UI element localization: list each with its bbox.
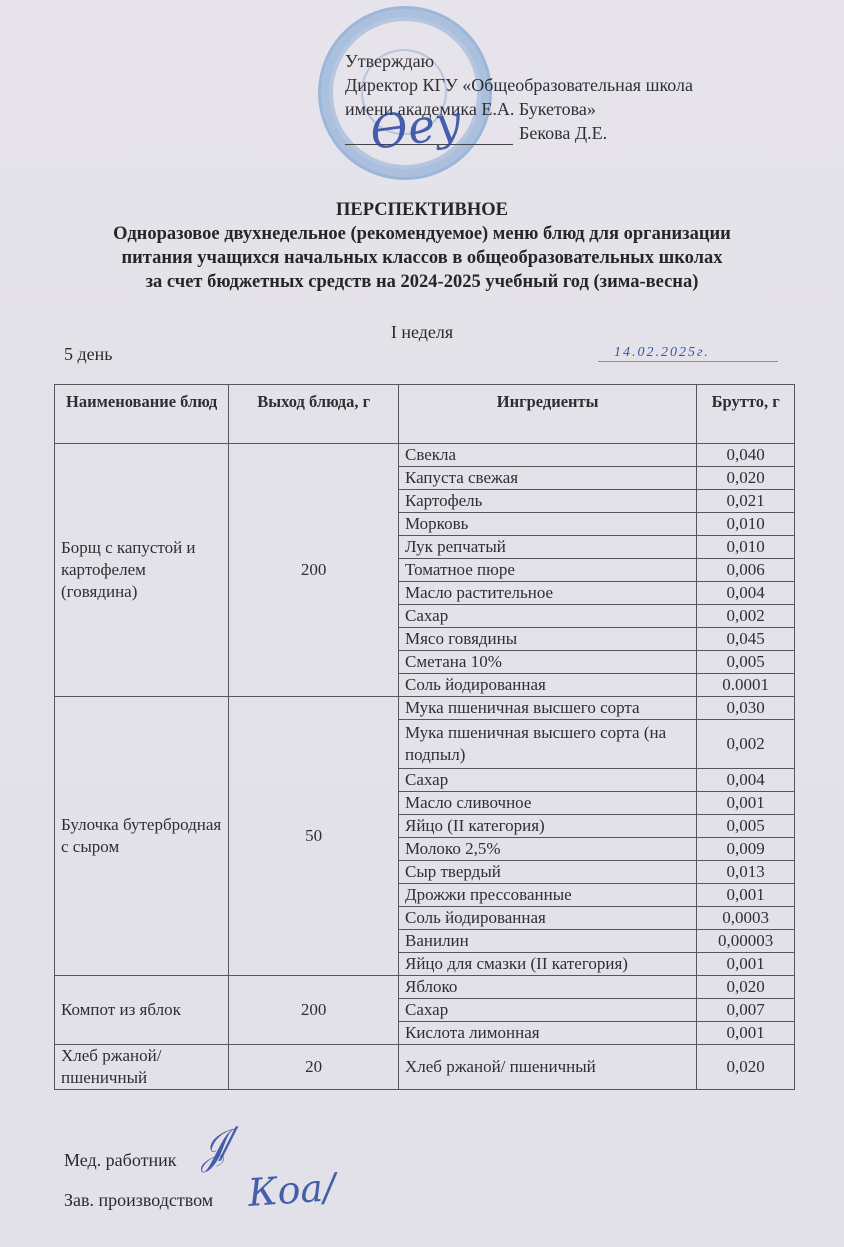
ingredient-brutto: 0,009	[697, 838, 795, 861]
ingredient-brutto: 0,010	[697, 536, 795, 559]
ingredient-name: Морковь	[398, 513, 696, 536]
dish-yield: 50	[229, 697, 399, 976]
production-head-label: Зав. производством	[64, 1190, 213, 1211]
day-label: 5 день	[64, 344, 113, 365]
ingredient-name: Дрожжи прессованные	[398, 884, 696, 907]
ingredient-brutto: 0,021	[697, 490, 795, 513]
ingredient-name: Сметана 10%	[398, 651, 696, 674]
menu-table: Наименование блюд Выход блюда, г Ингреди…	[54, 384, 795, 1090]
ingredient-brutto: 0,006	[697, 559, 795, 582]
dish-name: Булочка бутербродная с сыром	[55, 697, 229, 976]
header-dish-name: Наименование блюд	[55, 385, 229, 444]
ingredient-brutto: 0,020	[697, 467, 795, 490]
ingredient-brutto: 0,013	[697, 861, 795, 884]
table-row: Борщ с капустой и картофелем (говядина)2…	[55, 444, 795, 467]
ingredient-name: Мука пшеничная высшего сорта	[398, 697, 696, 720]
ingredient-name: Сахар	[398, 769, 696, 792]
ingredient-brutto: 0,005	[697, 651, 795, 674]
dish-name: Хлеб ржаной/ пшеничный	[55, 1045, 229, 1090]
ingredient-brutto: 0.0001	[697, 674, 795, 697]
handwritten-date: 14.02.2025г.	[598, 345, 778, 362]
ingredient-brutto: 0,010	[697, 513, 795, 536]
approval-position: Директор КГУ «Общеобразовательная школа	[345, 73, 693, 97]
ingredient-name: Кислота лимонная	[398, 1022, 696, 1045]
ingredient-brutto: 0,002	[697, 605, 795, 628]
ingredient-brutto: 0,002	[697, 720, 795, 769]
ingredient-name: Масло растительное	[398, 582, 696, 605]
ingredient-name: Яйцо (II категория)	[398, 815, 696, 838]
ingredient-brutto: 0,004	[697, 582, 795, 605]
ingredient-name: Томатное пюре	[398, 559, 696, 582]
ingredient-name: Молоко 2,5%	[398, 838, 696, 861]
table-header-row: Наименование блюд Выход блюда, г Ингреди…	[55, 385, 795, 444]
ingredient-name: Свекла	[398, 444, 696, 467]
ingredient-name: Капуста свежая	[398, 467, 696, 490]
med-worker-label: Мед. работник	[64, 1150, 176, 1171]
title-heading: ПЕРСПЕКТИВНОЕ	[0, 198, 844, 222]
ingredient-name: Мясо говядины	[398, 628, 696, 651]
dish-yield: 200	[229, 976, 399, 1045]
approval-label: Утверждаю	[345, 49, 693, 73]
ingredient-brutto: 0,007	[697, 999, 795, 1022]
ingredient-name: Сахар	[398, 605, 696, 628]
ingredient-name: Хлеб ржаной/ пшеничный	[398, 1045, 696, 1090]
ingredient-brutto: 0,001	[697, 884, 795, 907]
title-line-2: питания учащихся начальных классов в общ…	[0, 246, 844, 270]
ingredient-name: Ванилин	[398, 930, 696, 953]
header-brutto: Брутто, г	[697, 385, 795, 444]
ingredient-brutto: 0,005	[697, 815, 795, 838]
ingredient-brutto: 0,004	[697, 769, 795, 792]
ingredient-name: Яблоко	[398, 976, 696, 999]
ingredient-brutto: 0,045	[697, 628, 795, 651]
title-line-1: Одноразовое двухнедельное (рекомендуемое…	[0, 222, 844, 246]
table-row: Хлеб ржаной/ пшеничный20Хлеб ржаной/ пше…	[55, 1045, 795, 1090]
ingredient-brutto: 0,040	[697, 444, 795, 467]
header-yield: Выход блюда, г	[229, 385, 399, 444]
approval-signer: Бекова Д.Е.	[519, 123, 607, 143]
dish-name: Борщ с капустой и картофелем (говядина)	[55, 444, 229, 697]
table-row: Компот из яблок200Яблоко0,020	[55, 976, 795, 999]
ingredient-name: Сахар	[398, 999, 696, 1022]
ingredient-name: Масло сливочное	[398, 792, 696, 815]
ingredient-brutto: 0,030	[697, 697, 795, 720]
ingredient-name: Яйцо для смазки (II категория)	[398, 953, 696, 976]
ingredient-name: Соль йодированная	[398, 907, 696, 930]
dish-name: Компот из яблок	[55, 976, 229, 1045]
ingredient-brutto: 0,001	[697, 1022, 795, 1045]
ingredient-brutto: 0,001	[697, 792, 795, 815]
menu-table-body: Борщ с капустой и картофелем (говядина)2…	[55, 444, 795, 1090]
week-label: I неделя	[0, 322, 844, 343]
ingredient-brutto: 0,0003	[697, 907, 795, 930]
production-head-signature: Коа/	[247, 1165, 338, 1215]
document-title: ПЕРСПЕКТИВНОЕ Одноразовое двухнедельное …	[0, 198, 844, 294]
ingredient-name: Сыр твердый	[398, 861, 696, 884]
ingredient-brutto: 0,001	[697, 953, 795, 976]
table-row: Булочка бутербродная с сыром50Мука пшени…	[55, 697, 795, 720]
ingredient-name: Мука пшеничная высшего сорта (на подпыл)	[398, 720, 696, 769]
dish-yield: 200	[229, 444, 399, 697]
med-worker-signature: 𝒥⁄	[194, 1122, 237, 1174]
header-ingredients: Ингредиенты	[398, 385, 696, 444]
ingredient-brutto: 0,020	[697, 1045, 795, 1090]
ingredient-name: Соль йодированная	[398, 674, 696, 697]
title-line-3: за счет бюджетных средств на 2024-2025 у…	[0, 270, 844, 294]
ingredient-brutto: 0,020	[697, 976, 795, 999]
ingredient-brutto: 0,00003	[697, 930, 795, 953]
dish-yield: 20	[229, 1045, 399, 1090]
ingredient-name: Лук репчатый	[398, 536, 696, 559]
ingredient-name: Картофель	[398, 490, 696, 513]
